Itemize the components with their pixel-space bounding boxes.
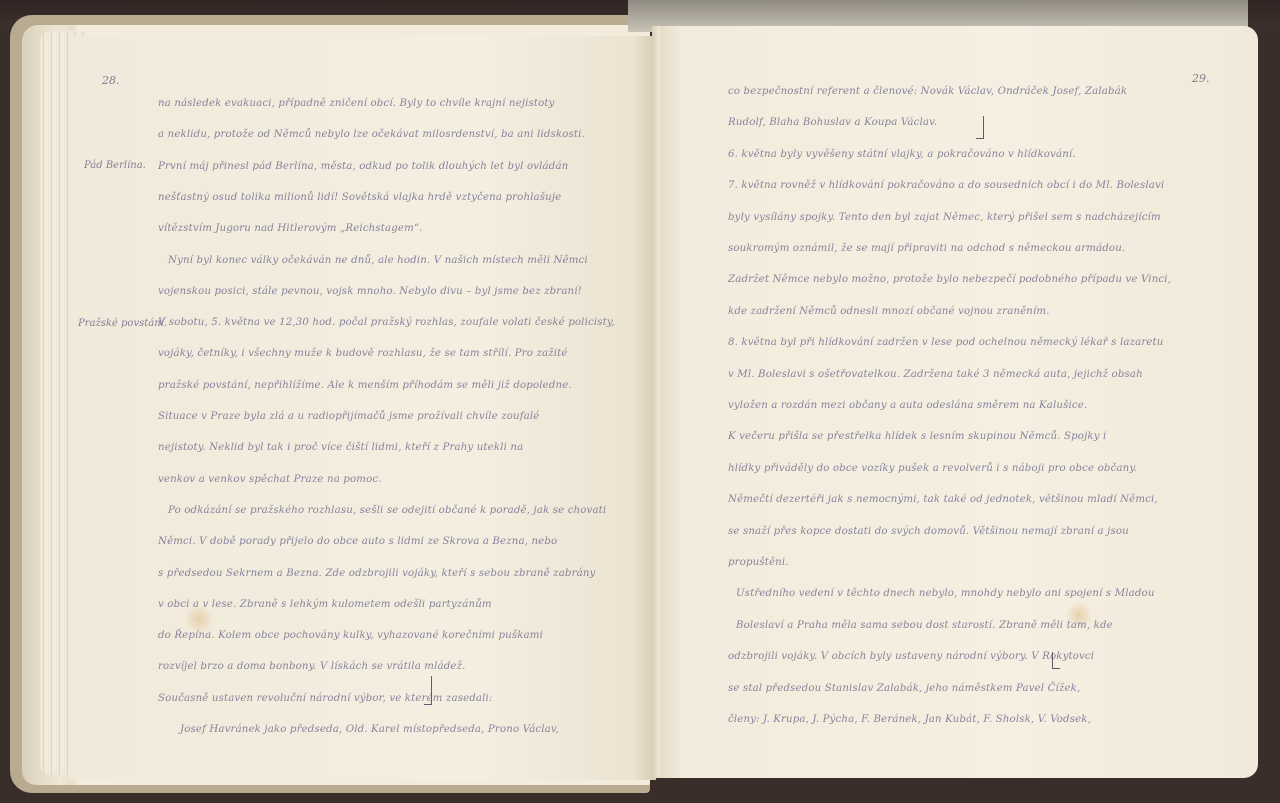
handwritten-line: K večeru přišla se přestřelka hlídek s l… [728,431,1106,442]
handwritten-line: nejistoty. Neklid byl tak i proč více či… [158,442,523,453]
handwritten-line: hlídky přiváděly do obce vozíky pušek a … [728,463,1137,474]
handwritten-line: Němci. V době porady přijelo do obce aut… [158,536,557,547]
handwritten-line: kde zadržení Němců odnesli mnozí občané … [728,306,1050,317]
handwritten-line: 6. května byly vyvěšeny státní vlajky, a… [728,149,1076,160]
handwritten-line: 8. května byl při hlídkování zadržen v l… [728,337,1163,348]
page-number-right: 29. [1192,72,1210,85]
handwritten-line: se snaží přes kopce dostati do svých dom… [728,526,1129,537]
left-page: 28. Pád Berlína. Pražské povstání. na ná… [68,36,656,780]
handwritten-line: rozvíjel brzo a doma bonbony. V lískách … [158,661,466,672]
margin-note-berlin: Pád Berlína. [84,160,146,171]
handwritten-line: vojáky, četníky, i všechny muže k budově… [158,348,568,359]
handwritten-line: nešťastný osud tolika milionů lidí! Sově… [158,192,561,203]
handwritten-line: s předsedou Sekrnem a Bezna. Zde odzbroj… [158,568,595,579]
handwritten-line: vojenskou posici, stále pevnou, vojsk mn… [158,286,582,297]
handwritten-line: soukromým oznámil, že se mají připraviti… [728,243,1125,254]
handwritten-line: na následek evakuaci, případně zničení o… [158,98,555,109]
insert-mark [976,116,984,139]
margin-note-prague-uprising: Pražské povstání. [78,318,167,329]
handwritten-line: propuštěni. [728,557,789,568]
handwritten-line: Situace v Praze byla zlá a u radiopřijím… [158,411,539,422]
handwritten-line: a neklidu, protože od Němců nebylo lze o… [158,129,585,140]
handwritten-line: v Ml. Boleslavi s ošetřovatelkou. Zadrže… [728,369,1143,380]
handwritten-line: Rudolf, Blaha Bohuslav a Koupa Václav. [728,117,937,128]
handwritten-line: Němečtí dezertéři jak s nemocnými, tak t… [728,494,1158,505]
handwritten-line: Zadržet Němce nebylo možno, protože bylo… [728,274,1171,285]
handwritten-line: se stal předsedou Stanislav Zalabák, jeh… [728,683,1080,694]
handwritten-line: První máj přinesl pád Berlína, města, od… [158,161,568,172]
handwritten-line: pražské povstání, nepřihlížíme. Ale k me… [158,380,572,391]
handwritten-line: venkov a venkov spěchat Praze na pomoc. [158,474,382,485]
handwritten-line: Současně ustaven revoluční národní výbor… [158,693,493,704]
handwritten-line: do Řepína. Kolem obce pochovány kulky, v… [158,630,543,641]
handwritten-line: vyložen a rozdán mezi občany a auta odes… [728,400,1087,411]
handwritten-line: Josef Havránek jako předseda, Old. Karel… [180,724,559,735]
handwritten-line: V sobotu, 5. května ve 12,30 hod. počal … [158,317,615,328]
handwritten-line: Nyní byl konec války očekáván ne dnů, al… [168,255,588,266]
page-number-left: 28. [102,74,120,87]
handwritten-line: 7. května rovněž v hlídkování pokračován… [728,180,1164,191]
insert-mark [1052,652,1060,669]
handwritten-line: v obci a v lese. Zbraně s lehkým kulomet… [158,599,492,610]
handwritten-line: členy: J. Krupa, J. Pýcha, F. Beránek, J… [728,714,1091,725]
handwritten-line: byly vysílány spojky. Tento den byl zaja… [728,212,1161,223]
right-page: 29. co bezpečnostní referent a členové: … [660,26,1258,778]
handwritten-line: co bezpečnostní referent a členové: Nová… [728,86,1127,97]
handwritten-line: odzbrojili vojáky. V obcích byly ustaven… [728,651,1094,662]
insert-mark [424,676,432,705]
handwritten-line: vítězstvím Jugoru nad Hitlerovým „Reichs… [158,223,423,234]
handwritten-line: Ustředního vedení v těchto dnech nebylo,… [736,588,1155,599]
handwritten-line: Po odkázání se pražského rozhlasu, sešli… [168,505,606,516]
handwritten-line: Boleslaví a Praha měla sama sebou dost s… [736,620,1113,631]
